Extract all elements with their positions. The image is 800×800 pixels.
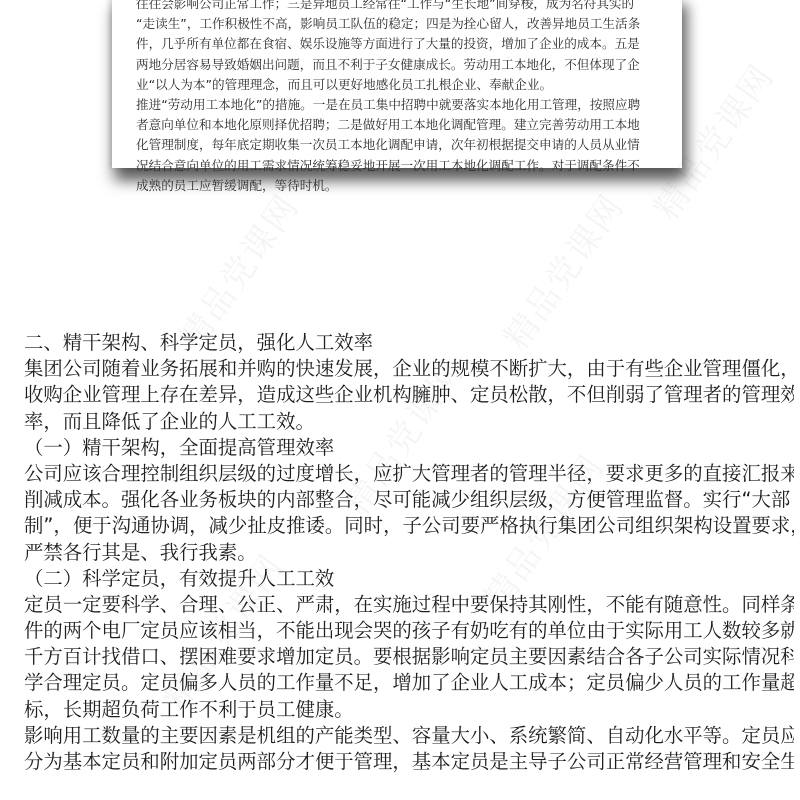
paragraph-line: 学合理定员。定员偏多人员的工作量不足，增加了企业人工成本；定员偏少人员的工作量超 — [24, 670, 794, 696]
subsection-heading: （一）精干架构，全面提高管理效率 — [24, 435, 794, 461]
card-line: 况结合意向单位的用工需求情况统筹稳妥地开展一次用工本地化调配工作。对于调配条件不 — [136, 156, 666, 176]
card-line: 两地分居容易导致婚姻出问题，而且不利于子女健康成长。劳动用工本地化，不但体现了企 — [136, 55, 666, 75]
card-line: 成熟的员工应暂缓调配，等待时机。 — [136, 176, 666, 196]
card-line: “走读生”，工作积极性不高，影响员工队伍的稳定；四是为拴心留人，改善异地员工生活… — [136, 14, 666, 34]
paragraph-line: 影响用工数量的主要因素是机组的产能类型、容量大小、系统繁简、自动化水平等。定员应 — [24, 723, 794, 749]
section-heading: 二、精干架构、科学定员，强化人工效率 — [24, 330, 794, 356]
subsection-heading: （二）科学定员，有效提升人工工效 — [24, 566, 794, 592]
paragraph-line: 分为基本定员和附加定员两部分才便于管理，基本定员是主导子公司正常经营管理和安全生 — [24, 749, 794, 775]
paragraph-line: 削减成本。强化各业务板块的内部整合，尽可能减少组织层级，方便管理监督。实行“大部 — [24, 487, 794, 513]
paragraph-line: 制”，便于沟通协调，减少扯皮推诿。同时，子公司要严格执行集团公司组织架构设置要求… — [24, 513, 794, 539]
paragraph-line: 件的两个电厂定员应该相当，不能出现会哭的孩子有奶吃有的单位由于实际用工人数较多就 — [24, 618, 794, 644]
paragraph-line: 定员一定要科学、合理、公正、严肃，在实施过程中要保持其刚性，不能有随意性。同样条 — [24, 592, 794, 618]
paragraph-line: 公司应该合理控制组织层级的过度增长，应扩大管理者的管理半径，要求更多的直接汇报来 — [24, 461, 794, 487]
paragraph-line: 收购企业管理上存在差异，造成这些企业机构臃肿、定员松散，不但削弱了管理者的管理效 — [24, 382, 794, 408]
paragraph-line: 集团公司随着业务拓展和并购的快速发展，企业的规模不断扩大，由于有些企业管理僵化， — [24, 356, 794, 382]
paragraph-line: 标，长期超负荷工作不利于员工健康。 — [24, 697, 794, 723]
card-line: 往往会影响公司正常工作；三是异地员工经常往“工作与“生长地”间穿梭，成为名符其实… — [136, 0, 666, 14]
card-line: 业“以人为本”的管理理念，而且可以更好地感化员工扎根企业、奉献企业。 — [136, 75, 666, 95]
document-preview-card: 往往会影响公司正常工作；三是异地员工经常往“工作与“生长地”间穿梭，成为名符其实… — [112, 0, 682, 168]
paragraph-line: 千方百计找借口、摆困难要求增加定员。要根据影响定员主要因素结合各子公司实际情况科 — [24, 644, 794, 670]
card-line: 者意向单位和本地化原则择优招聘；二是做好用工本地化调配管理。建立完善劳动用工本地 — [136, 115, 666, 135]
card-line: 化管理制度，每年底定期收集一次员工本地化调配申请，次年初根据提交申请的人员从业情 — [136, 135, 666, 155]
card-text-block: 往往会影响公司正常工作；三是异地员工经常往“工作与“生长地”间穿梭，成为名符其实… — [136, 0, 666, 196]
document-body: 二、精干架构、科学定员，强化人工效率 集团公司随着业务拓展和并购的快速发展，企业… — [24, 330, 794, 775]
card-line: 件，几乎所有单位都在食宿、娱乐设施等方面进行了大量的投资，增加了企业的成本。五是 — [136, 34, 666, 54]
card-line: 推进“劳动用工本地化”的措施。一是在员工集中招聘中就要落实本地化用工管理，按照应… — [136, 95, 666, 115]
paragraph-line: 率，而且降低了企业的人工工效。 — [24, 409, 794, 435]
paragraph-line: 严禁各行其是、我行我素。 — [24, 540, 794, 566]
